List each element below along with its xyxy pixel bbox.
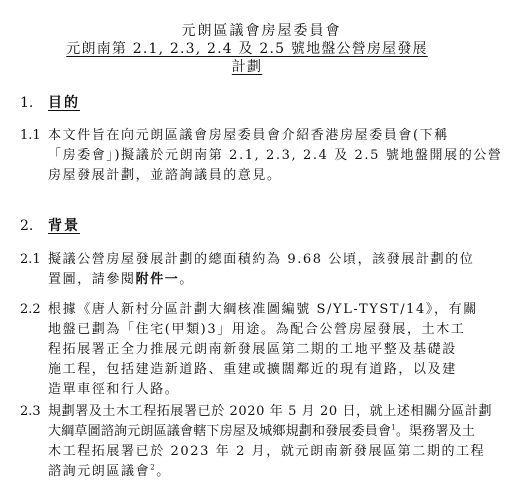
- paragraph-1-1: 1.1 本文件旨在向元朗區議會房屋委員會介紹香港房屋委員會(下稱 「房委會」)擬…: [20, 126, 510, 186]
- paragraph-line: 施工程，包括建造新道路、重建或擴闊鄰近的現有道路，以及建: [48, 360, 510, 380]
- document-title-committee: 元朗區議會房屋委員會: [0, 22, 523, 40]
- paragraph-line: 地盤已劃為「住宅(甲類)3」用途。為配合公營房屋發展，土木工: [48, 320, 510, 340]
- paragraph-number: 1.1: [20, 126, 48, 146]
- paragraph-line: 根據《唐人新村分區計劃大綱核准圖編號 S/YL-TYST/14》，有關: [48, 300, 510, 320]
- section-number: 2.: [20, 217, 48, 235]
- document-title-project: 元朗南第 2.1, 2.3, 2.4 及 2.5 號地盤公營房屋發展計劃: [62, 40, 432, 76]
- paragraph-line: 程拓展署正全力推展元朗南新發展區第二期的工地平整及基礎設: [48, 340, 510, 360]
- paragraph-line: 「房委會」)擬議於元朗南第 2.1, 2.3, 2.4 及 2.5 號地盤開展的…: [48, 146, 510, 166]
- paragraph-line: 房屋發展計劃，並諮詢議員的意見。: [48, 166, 510, 186]
- paragraph-line: 本文件旨在向元朗區議會房屋委員會介紹香港房屋委員會(下稱: [48, 126, 510, 146]
- paragraph-line: 諮詢元朗區議會: [48, 464, 150, 479]
- paragraph-2-3: 2.3 規劃署及土木工程拓展署已於 2020 年 5 月 20 日，就上述相關分…: [20, 402, 510, 482]
- paragraph-2-2: 2.2 根據《唐人新村分區計劃大綱核准圖編號 S/YL-TYST/14》，有關 …: [20, 300, 510, 400]
- paragraph-line: 大綱草圖諮詢元朗區議會轄下房屋及城鄉規劃和發展委員會: [48, 424, 391, 439]
- section-title: 目的: [48, 95, 80, 111]
- paragraph-line: 木工程拓展署已於 2023 年 2 月，就元朗南新發展區第二期的工程: [48, 442, 510, 462]
- paragraph-line: 規劃署及土木工程拓展署已於 2020 年 5 月 20 日，就上述相關分區計劃: [48, 402, 510, 422]
- paragraph-number: 2.2: [20, 300, 48, 320]
- section-heading-2: 2.背景: [20, 217, 80, 235]
- section-number: 1.: [20, 94, 48, 112]
- paragraph-2-1: 2.1 擬議公營房屋發展計劃的總面積約為 9.68 公頃，該發展計劃的位 置圖，…: [20, 250, 510, 290]
- paragraph-number: 2.1: [20, 250, 48, 270]
- section-heading-1: 1.目的: [20, 94, 80, 112]
- paragraph-line-tail: 。: [179, 272, 194, 287]
- annex-reference-link: 附件一: [136, 272, 180, 287]
- paragraph-line-tail: 。: [156, 464, 171, 479]
- section-title: 背景: [48, 218, 80, 234]
- document-page: 元朗區議會房屋委員會 元朗南第 2.1, 2.3, 2.4 及 2.5 號地盤公…: [0, 0, 523, 493]
- paragraph-line: 造單車徑和行人路。: [48, 380, 510, 400]
- paragraph-line-tail: 。渠務署及土: [396, 424, 475, 439]
- paragraph-number: 2.3: [20, 402, 48, 422]
- paragraph-line: 置圖，請參閱: [48, 272, 136, 287]
- paragraph-line: 擬議公營房屋發展計劃的總面積約為 9.68 公頃，該發展計劃的位: [48, 250, 510, 270]
